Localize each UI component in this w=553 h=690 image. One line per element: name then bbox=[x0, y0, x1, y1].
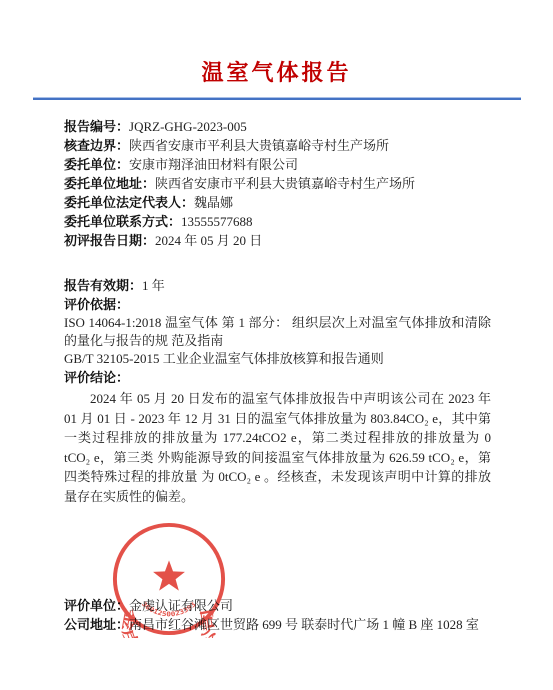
field-value: 安康市翔泽油田材料有限公司 bbox=[129, 157, 298, 172]
field-row-verification-boundary: 核查边界：陕西省安康市平利县大贵镇嘉峪寺村生产场所 bbox=[64, 136, 491, 155]
field-label: 评价单位： bbox=[64, 598, 129, 613]
field-row-evaluating-unit: 评价单位：金虔认证有限公司 bbox=[64, 596, 491, 615]
field-row-report-number: 报告编号：JQRZ-GHG-2023-005 bbox=[64, 117, 491, 136]
footer-block: 评价单位：金虔认证有限公司 公司地址：南昌市红谷滩区世贸路 699 号 联泰时代… bbox=[64, 596, 491, 634]
report-page: 温室气体报告 报告编号：JQRZ-GHG-2023-005 核查边界：陕西省安康… bbox=[0, 0, 553, 690]
field-value: 1 年 bbox=[142, 278, 165, 293]
field-label: 委托单位法定代表人： bbox=[64, 195, 194, 210]
title-divider-rule bbox=[33, 97, 521, 100]
conclusion-paragraph: 2024 年 05 月 20 日发布的温室气体排放报告中声明该公司在 2023 … bbox=[64, 389, 491, 506]
field-value: 13555577688 bbox=[181, 214, 253, 229]
field-value: 2024 年 05 月 20 日 bbox=[155, 233, 262, 248]
field-row-initial-report-date: 初评报告日期：2024 年 05 月 20 日 bbox=[64, 231, 491, 250]
basis-item-iso: ISO 14064-1:2018 温室气体 第 1 部分： 组织层次上对温室气体… bbox=[64, 314, 491, 350]
header-fields: 报告编号：JQRZ-GHG-2023-005 核查边界：陕西省安康市平利县大贵镇… bbox=[64, 117, 491, 250]
field-row-contact: 委托单位联系方式：13555577688 bbox=[64, 212, 491, 231]
field-value: 魏晶娜 bbox=[194, 195, 233, 210]
evaluation-section: 报告有效期：1 年 评价依据： ISO 14064-1:2018 温室气体 第 … bbox=[64, 276, 491, 506]
field-value: 陕西省安康市平利县大贵镇嘉峪寺村生产场所 bbox=[155, 176, 415, 191]
evaluation-basis-heading: 评价依据： bbox=[64, 295, 491, 314]
field-row-company-address: 公司地址：南昌市红谷滩区世贸路 699 号 联泰时代广场 1 幢 B 座 102… bbox=[64, 615, 491, 634]
field-label: 报告编号： bbox=[64, 119, 129, 134]
field-value: 南昌市红谷滩区世贸路 699 号 联泰时代广场 1 幢 B 座 1028 室 bbox=[129, 617, 479, 632]
basis-item-gbt: GB/T 32105-2015 工业企业温室气体排放核算和报告通则 bbox=[64, 350, 491, 368]
field-value: JQRZ-GHG-2023-005 bbox=[129, 119, 247, 134]
field-label: 委托单位： bbox=[64, 157, 129, 172]
field-label: 公司地址： bbox=[64, 617, 129, 632]
field-row-validity: 报告有效期：1 年 bbox=[64, 276, 491, 295]
field-row-client: 委托单位：安康市翔泽油田材料有限公司 bbox=[64, 155, 491, 174]
report-body: 报告编号：JQRZ-GHG-2023-005 核查边界：陕西省安康市平利县大贵镇… bbox=[0, 117, 553, 634]
field-label: 核查边界： bbox=[64, 138, 129, 153]
field-value: 金虔认证有限公司 bbox=[129, 598, 233, 613]
field-row-client-address: 委托单位地址：陕西省安康市平利县大贵镇嘉峪寺村生产场所 bbox=[64, 174, 491, 193]
page-title: 温室气体报告 bbox=[33, 58, 520, 88]
evaluation-conclusion-heading: 评价结论： bbox=[64, 368, 491, 387]
field-label: 报告有效期： bbox=[64, 278, 142, 293]
field-label: 初评报告日期： bbox=[64, 233, 155, 248]
field-row-legal-representative: 委托单位法定代表人：魏晶娜 bbox=[64, 193, 491, 212]
field-value: 陕西省安康市平利县大贵镇嘉峪寺村生产场所 bbox=[129, 138, 389, 153]
field-label: 委托单位联系方式： bbox=[64, 214, 181, 229]
field-label: 委托单位地址： bbox=[64, 176, 155, 191]
